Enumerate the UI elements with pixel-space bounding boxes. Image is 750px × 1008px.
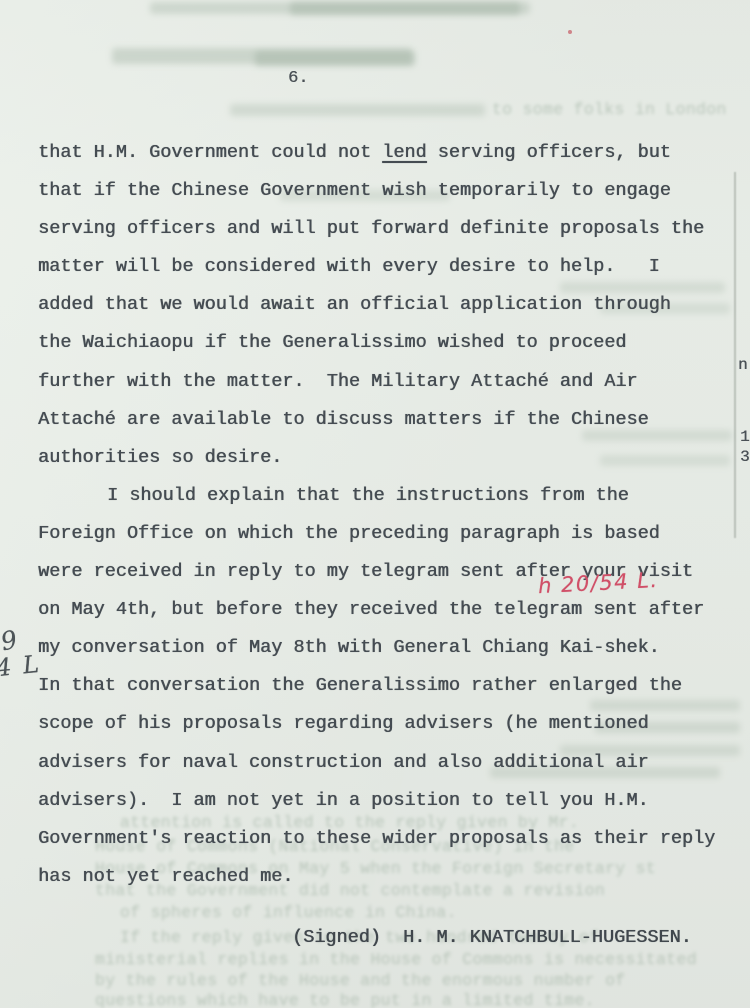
bleedthrough-text: by the rules of the House and the enormo… [95, 971, 625, 990]
page-number: 6. [288, 69, 308, 88]
text-line: serving officers and will put forward de… [38, 210, 738, 248]
text-line: on May 4th, but before they received the… [38, 591, 738, 629]
text-line: that H.M. Government could not lend serv… [38, 134, 738, 172]
ink-speck [568, 30, 572, 34]
text-line: Foreign Office on which the preceding pa… [38, 515, 738, 553]
text-line: scope of his proposals regarding adviser… [38, 705, 738, 743]
text-line: Attaché are available to discuss matters… [38, 401, 738, 439]
document-page: to some folks in London attention is cal… [0, 0, 750, 1008]
text-line: Government's reaction to these wider pro… [38, 820, 738, 858]
text-line: I should explain that the instructions f… [38, 477, 738, 515]
underlined-word: lend [382, 142, 426, 163]
text-line: matter will be considered with every des… [38, 248, 738, 286]
text-segment: serving officers, but [427, 142, 671, 163]
letter-body: that H.M. Government could not lend serv… [38, 134, 738, 896]
bleedthrough-smudge [290, 2, 520, 15]
handwritten-margin-note: 4 L [0, 650, 42, 683]
text-line: further with the matter. The Military At… [38, 363, 738, 401]
bleedthrough-smudge [230, 104, 485, 116]
bleedthrough-text: questions which have to be put in a limi… [95, 991, 595, 1008]
text-line: added that we would await an official ap… [38, 286, 738, 324]
bleedthrough-text: to some folks in London [492, 100, 727, 119]
text-line: my conversation of May 8th with General … [38, 629, 738, 667]
text-line: advisers for naval construction and also… [38, 744, 738, 782]
signature-line: (Signed) H. M. KNATCHBULL-HUGESSEN. [292, 919, 692, 957]
adjacent-page-glyph: n [738, 356, 748, 374]
text-line: has not yet reached me. [38, 858, 738, 896]
text-segment: that H.M. Government could not [38, 142, 382, 163]
adjacent-page-glyph: 1 [740, 428, 750, 446]
bleedthrough-smudge [255, 51, 415, 66]
text-line: advisers). I am not yet in a position to… [38, 782, 738, 820]
text-line: In that conversation the Generalissimo r… [38, 667, 738, 705]
text-line: authorities so desire. [38, 439, 738, 477]
adjacent-page-glyph: 3 [740, 448, 750, 466]
page-edge-line [734, 172, 736, 538]
text-line: the Waichiaopu if the Generalissimo wish… [38, 324, 738, 362]
text-line: that if the Chinese Government wish temp… [38, 172, 738, 210]
